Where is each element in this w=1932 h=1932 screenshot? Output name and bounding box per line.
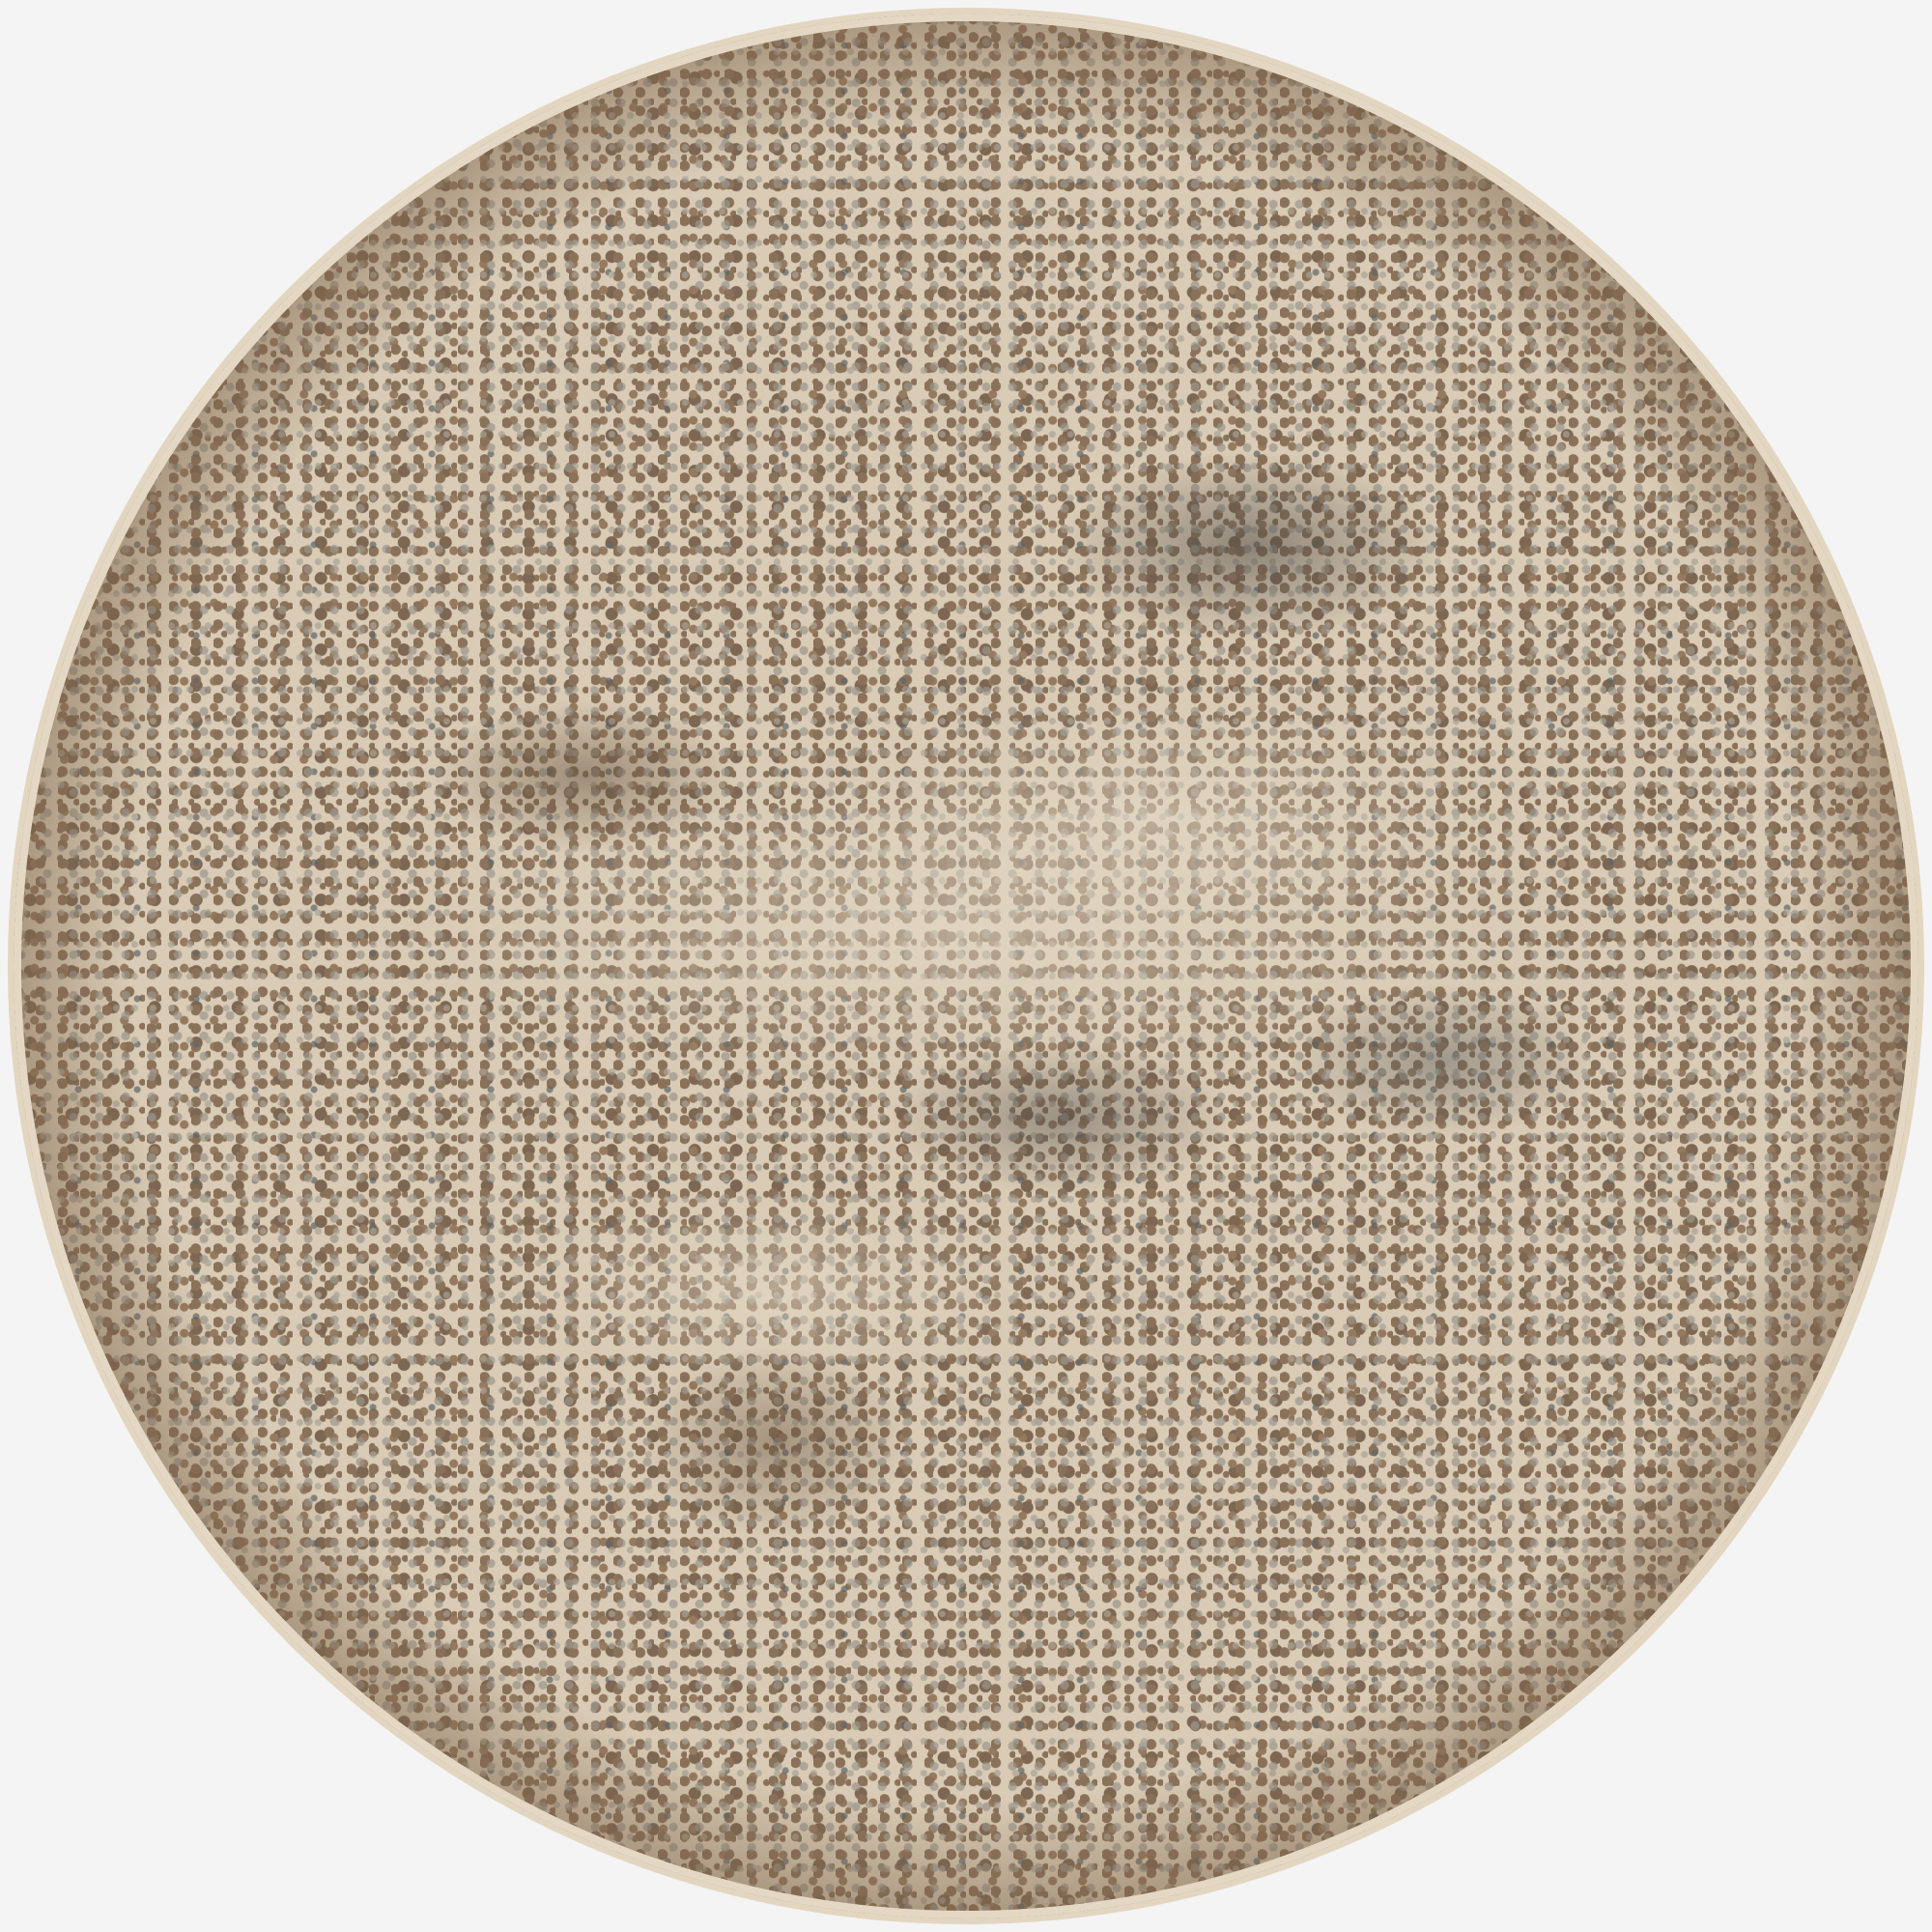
rug-edge-binding bbox=[14, 14, 1918, 1918]
round-rug bbox=[14, 14, 1918, 1918]
